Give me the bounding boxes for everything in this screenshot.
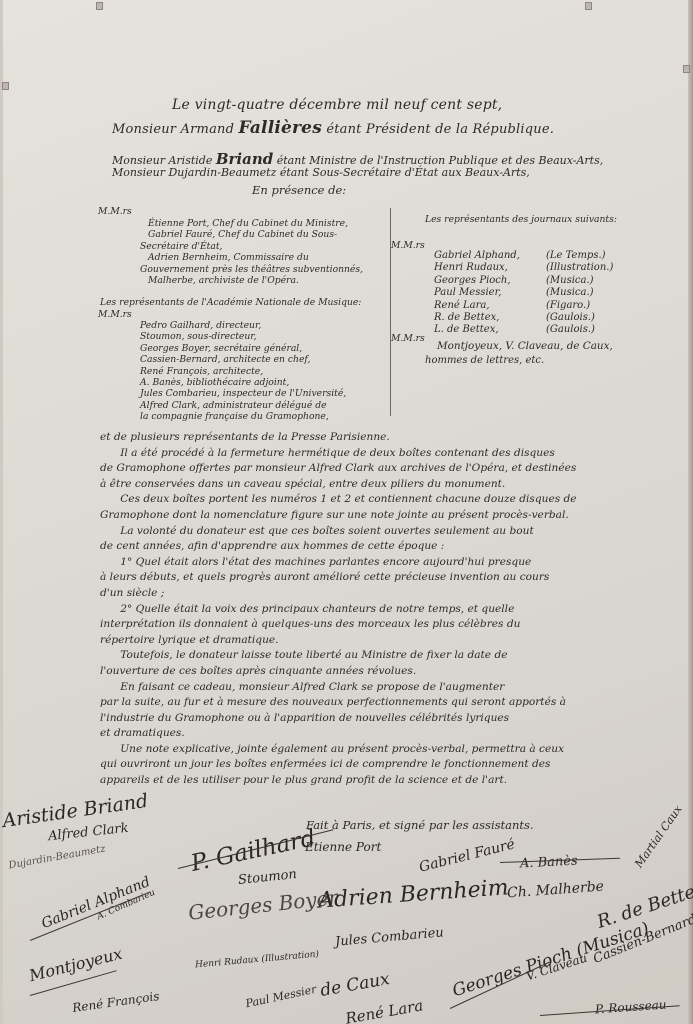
journalist-row: Gabriel Alphand,(Le Temps.) (434, 250, 613, 262)
mounting-pin (2, 82, 9, 90)
body-line: de cent années, afin d'apprendre aux hom… (100, 539, 577, 555)
honorific-left-2: M.M.rs (98, 309, 132, 320)
body-line: 1° Quel était alors l'état des machines … (100, 555, 577, 571)
signature: Ch. Malherbe (507, 879, 605, 902)
official-item: Gabriel Fauré, Chef du Cabinet du Sous- (148, 229, 363, 240)
honorific-left-1: M.M.rs (98, 206, 132, 217)
mounting-pin (683, 65, 690, 73)
signature: René François (71, 989, 160, 1015)
body-line: 2° Quelle était la voix des principaux c… (100, 602, 577, 618)
president-name: Fallières (238, 118, 322, 138)
body-line: l'industrie du Gramophone ou à l'apparit… (100, 711, 577, 727)
official-item: Étienne Port, Chef du Cabinet du Ministr… (148, 218, 363, 229)
academy-members-list: Pedro Gailhard, directeur, Stoumon, sous… (140, 320, 346, 423)
presence-line: En présence de: (252, 183, 346, 197)
signature: Adrien Bernheim (317, 875, 509, 913)
paper-edge-right (688, 0, 693, 1024)
letters-line-1: Montjoyeux, V. Claveau, de Caux, (437, 340, 613, 352)
signature: Gabriel Fauré (418, 836, 517, 875)
body-line: Gramophone dont la nomenclature figure s… (100, 508, 577, 524)
signature: Georges Boyer (187, 885, 339, 925)
official-item: Malherbe, archiviste de l'Opéra. (148, 275, 363, 286)
president-suffix: étant Président de la République. (326, 122, 554, 137)
journalist-name: Henri Rudaux, (434, 262, 546, 274)
journalist-name: Gabriel Alphand, (434, 250, 546, 262)
journalist-row: René Lara,(Figaro.) (434, 300, 613, 312)
signature: Jules Combarieu (335, 925, 445, 949)
academy-member: Georges Boyer, secrétaire général, (140, 343, 346, 354)
president-prefix: Monsieur Armand (112, 122, 234, 137)
journalist-row: Georges Pioch,(Musica.) (434, 275, 613, 287)
body-line: interprétation ils donnaient à quelques-… (100, 617, 577, 633)
body-line: d'un siècle ; (100, 586, 577, 602)
officials-list: Étienne Port, Chef du Cabinet du Ministr… (148, 218, 363, 286)
body-line: et de plusieurs représentants de la Pres… (100, 430, 577, 446)
paper-edge-left (0, 0, 3, 1024)
signature: Étienne Port (305, 840, 381, 854)
body-line: appareils et de les utiliser pour le plu… (100, 773, 577, 789)
undersecretary-line: Monsieur Dujardin-Beaumetz étant Sous-Se… (112, 166, 530, 179)
journal-title: (Gaulois.) (546, 312, 595, 323)
signature: P. Gailhard (189, 825, 318, 877)
journalist-row: Henri Rudaux,(Illustration.) (434, 262, 613, 274)
signature: Dujardin-Beaumetz (8, 844, 106, 872)
signature: A. Banès (520, 854, 578, 872)
body-line: En faisant ce cadeau, monsieur Alfred Cl… (100, 680, 577, 696)
body-line: à leurs débuts, et quels progrès auront … (100, 570, 577, 586)
academy-member: Jules Combarieu, inspecteur de l'Univers… (140, 388, 346, 399)
honorific-right-1: M.M.rs (391, 240, 425, 251)
body-line: par la suite, au fur et à mesure des nou… (100, 695, 577, 711)
body-text: et de plusieurs représentants de la Pres… (100, 430, 577, 789)
press-heading: Les représentants des journaux suivants: (425, 214, 617, 225)
date-line: Le vingt-quatre décembre mil neuf cent s… (172, 97, 502, 113)
journal-title: (Gaulois.) (546, 324, 595, 335)
body-line: La volonté du donateur est que ces boîte… (100, 524, 577, 540)
signature: Henri Rudaux (Illustration) (195, 950, 320, 971)
academy-member: Alfred Clark, administrateur délégué de (140, 400, 346, 411)
body-line: Une note explicative, jointe également a… (100, 742, 577, 758)
journalist-row: Paul Messier,(Musica.) (434, 287, 613, 299)
academy-member: Cassien-Bernard, architecte en chef, (140, 354, 346, 365)
mounting-pin (96, 2, 103, 10)
body-line: répertoire lyrique et dramatique. (100, 633, 577, 649)
journalist-name: L. de Bettex, (434, 324, 546, 336)
signature: Montjoyeux (27, 944, 124, 985)
signature: de Caux (319, 969, 391, 1001)
president-line: Monsieur Armand Fallières étant Présiden… (112, 118, 554, 138)
body-line: Ces deux boîtes portent les numéros 1 et… (100, 492, 577, 508)
body-line: et dramatiques. (100, 726, 577, 742)
academy-member: Stoumon, sous-directeur, (140, 331, 346, 342)
official-item: Adrien Bernheim, Commissaire du (148, 252, 363, 263)
document-page: Le vingt-quatre décembre mil neuf cent s… (0, 0, 693, 1024)
journalists-list: Gabriel Alphand,(Le Temps.) Henri Rudaux… (434, 250, 613, 337)
signature: Stoumon (237, 867, 297, 888)
body-line: Toutefois, le donateur laisse toute libe… (100, 648, 577, 664)
body-line: de Gramophone offertes par monsieur Alfr… (100, 461, 577, 477)
official-item: Secrétaire d'État, (140, 241, 363, 252)
journalist-row: L. de Bettex,(Gaulois.) (434, 324, 613, 336)
body-line: Il a été procédé à la fermeture hermétiq… (100, 446, 577, 462)
mounting-pin (585, 2, 592, 10)
honorific-right-2: M.M.rs (391, 333, 425, 344)
signature: Georges Pioch (Musica) (450, 919, 652, 1002)
journal-title: (Illustration.) (546, 262, 613, 273)
closing-line: Fait à Paris, et signé par les assistant… (306, 818, 534, 832)
signature: Paul Messier (244, 983, 317, 1011)
journalist-name: Paul Messier, (434, 287, 546, 299)
signature: Martial Caux (632, 803, 684, 870)
journal-title: (Figaro.) (546, 300, 590, 311)
journal-title: (Le Temps.) (546, 250, 606, 261)
body-line: l'ouverture de ces boîtes après cinquant… (100, 664, 577, 680)
signature: René Lara (344, 996, 424, 1024)
body-line: à être conservées dans un caveau spécial… (100, 477, 577, 493)
signature: Alfred Clark (47, 821, 129, 844)
journal-title: (Musica.) (546, 287, 594, 298)
journal-title: (Musica.) (546, 275, 594, 286)
academy-member: Pedro Gailhard, directeur, (140, 320, 346, 331)
academy-member: A. Banès, bibliothécaire adjoint, (140, 377, 346, 388)
letters-line-2: hommes de lettres, etc. (425, 355, 544, 366)
journalist-name: Georges Pioch, (434, 275, 546, 287)
journalist-name: R. de Bettex, (434, 312, 546, 324)
official-item: Gouvernement près les théâtres subventio… (140, 264, 363, 275)
academy-member: la compagnie française du Gramophone, (140, 411, 346, 422)
academy-heading: Les représentants de l'Académie National… (100, 297, 361, 308)
journalist-row: R. de Bettex,(Gaulois.) (434, 312, 613, 324)
academy-member: René François, architecte, (140, 366, 346, 377)
journalist-name: René Lara, (434, 300, 546, 312)
body-line: qui ouvriront un jour les boîtes enfermé… (100, 757, 577, 773)
